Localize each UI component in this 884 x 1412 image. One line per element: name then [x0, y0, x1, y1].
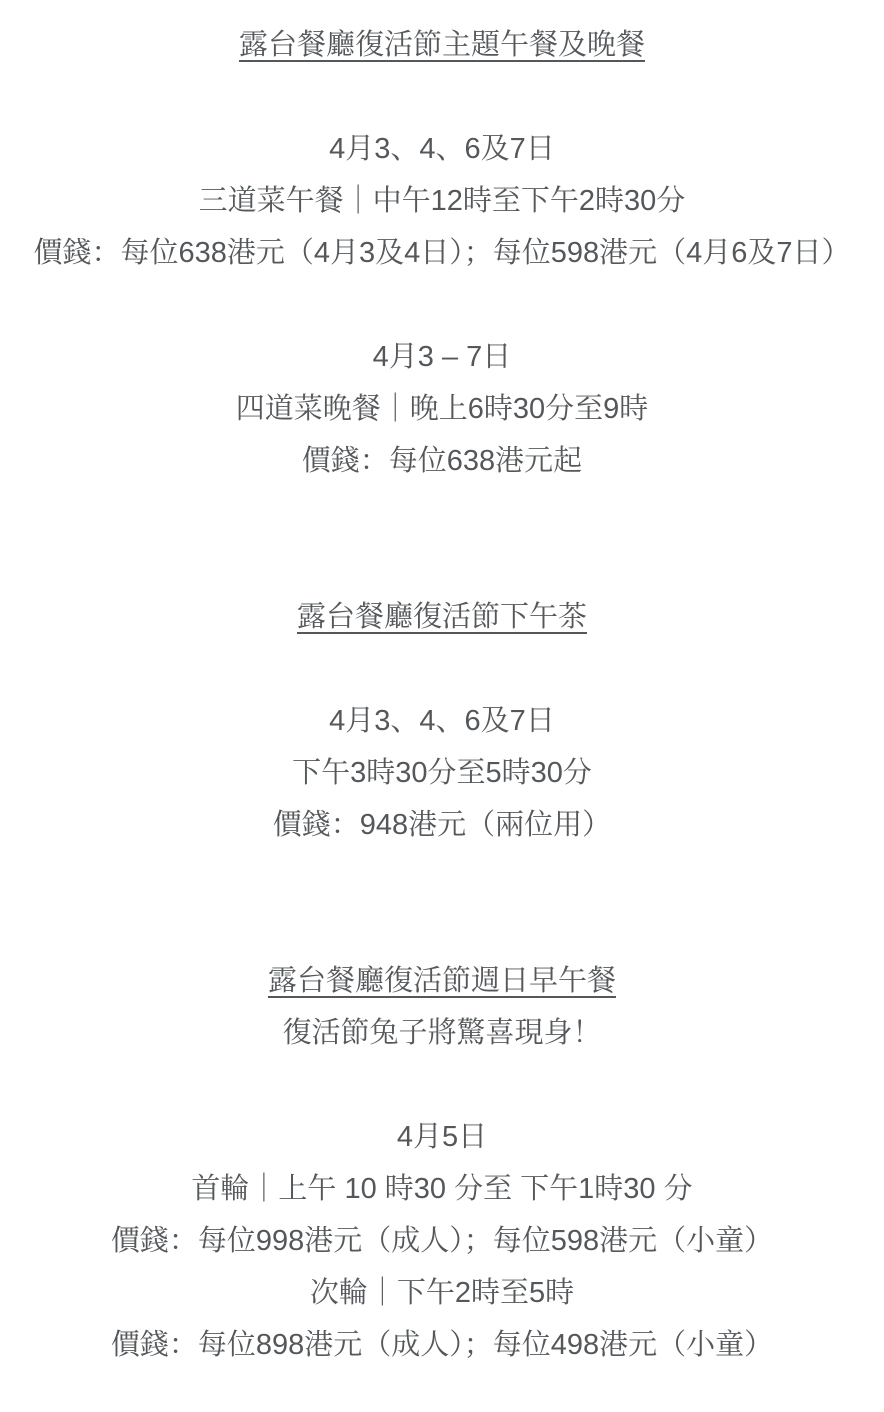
- event-schedule: 四道菜晚餐｜晚上6時30分至9時: [0, 383, 884, 435]
- event-lunch: 4月3、4、6及7日 三道菜午餐｜中午12時至下午2時30分 價錢：每位638港…: [0, 123, 884, 279]
- section-subtitle-easter-bunny: 復活節兔子將驚喜現身！: [0, 1007, 884, 1059]
- section-sunday-brunch: 露台餐廳復活節週日早午餐 復活節兔子將驚喜現身！ 4月5日 首輪｜上午 10 時…: [0, 955, 884, 1371]
- section-title-lunch-dinner: 露台餐廳復活節主題午餐及晚餐: [0, 19, 884, 71]
- section-title-sunday-brunch: 露台餐廳復活節週日早午餐: [0, 955, 884, 1007]
- event-price: 價錢：每位638港元（4月3及4日）；每位598港元（4月6及7日）: [0, 227, 884, 279]
- event-sunday-brunch: 4月5日 首輪｜上午 10 時30 分至 下午1時30 分 價錢：每位998港元…: [0, 1111, 884, 1371]
- section-title-afternoon-tea: 露台餐廳復活節下午茶: [0, 591, 884, 643]
- event-dates: 4月5日: [0, 1111, 884, 1163]
- section-afternoon-tea: 露台餐廳復活節下午茶 4月3、4、6及7日 下午3時30分至5時30分 價錢：9…: [0, 591, 884, 851]
- event-afternoon-tea: 4月3、4、6及7日 下午3時30分至5時30分 價錢：948港元（兩位用）: [0, 695, 884, 851]
- event-price: 價錢：每位638港元起: [0, 435, 884, 487]
- event-dates: 4月3、4、6及7日: [0, 695, 884, 747]
- event-second-seating-schedule: 次輪｜下午2時至5時: [0, 1267, 884, 1319]
- event-second-seating-price: 價錢：每位898港元（成人）；每位498港元（小童）: [0, 1319, 884, 1371]
- event-schedule: 三道菜午餐｜中午12時至下午2時30分: [0, 175, 884, 227]
- event-dates: 4月3、4、6及7日: [0, 123, 884, 175]
- event-first-seating-schedule: 首輪｜上午 10 時30 分至 下午1時30 分: [0, 1163, 884, 1215]
- event-dates: 4月3 – 7日: [0, 331, 884, 383]
- event-first-seating-price: 價錢：每位998港元（成人）；每位598港元（小童）: [0, 1215, 884, 1267]
- event-dinner: 4月3 – 7日 四道菜晚餐｜晚上6時30分至9時 價錢：每位638港元起: [0, 331, 884, 487]
- section-lunch-and-dinner: 露台餐廳復活節主題午餐及晚餐 4月3、4、6及7日 三道菜午餐｜中午12時至下午…: [0, 19, 884, 487]
- event-schedule: 下午3時30分至5時30分: [0, 747, 884, 799]
- easter-dining-promo-document: 露台餐廳復活節主題午餐及晚餐 4月3、4、6及7日 三道菜午餐｜中午12時至下午…: [0, 0, 884, 1371]
- event-price: 價錢：948港元（兩位用）: [0, 799, 884, 851]
